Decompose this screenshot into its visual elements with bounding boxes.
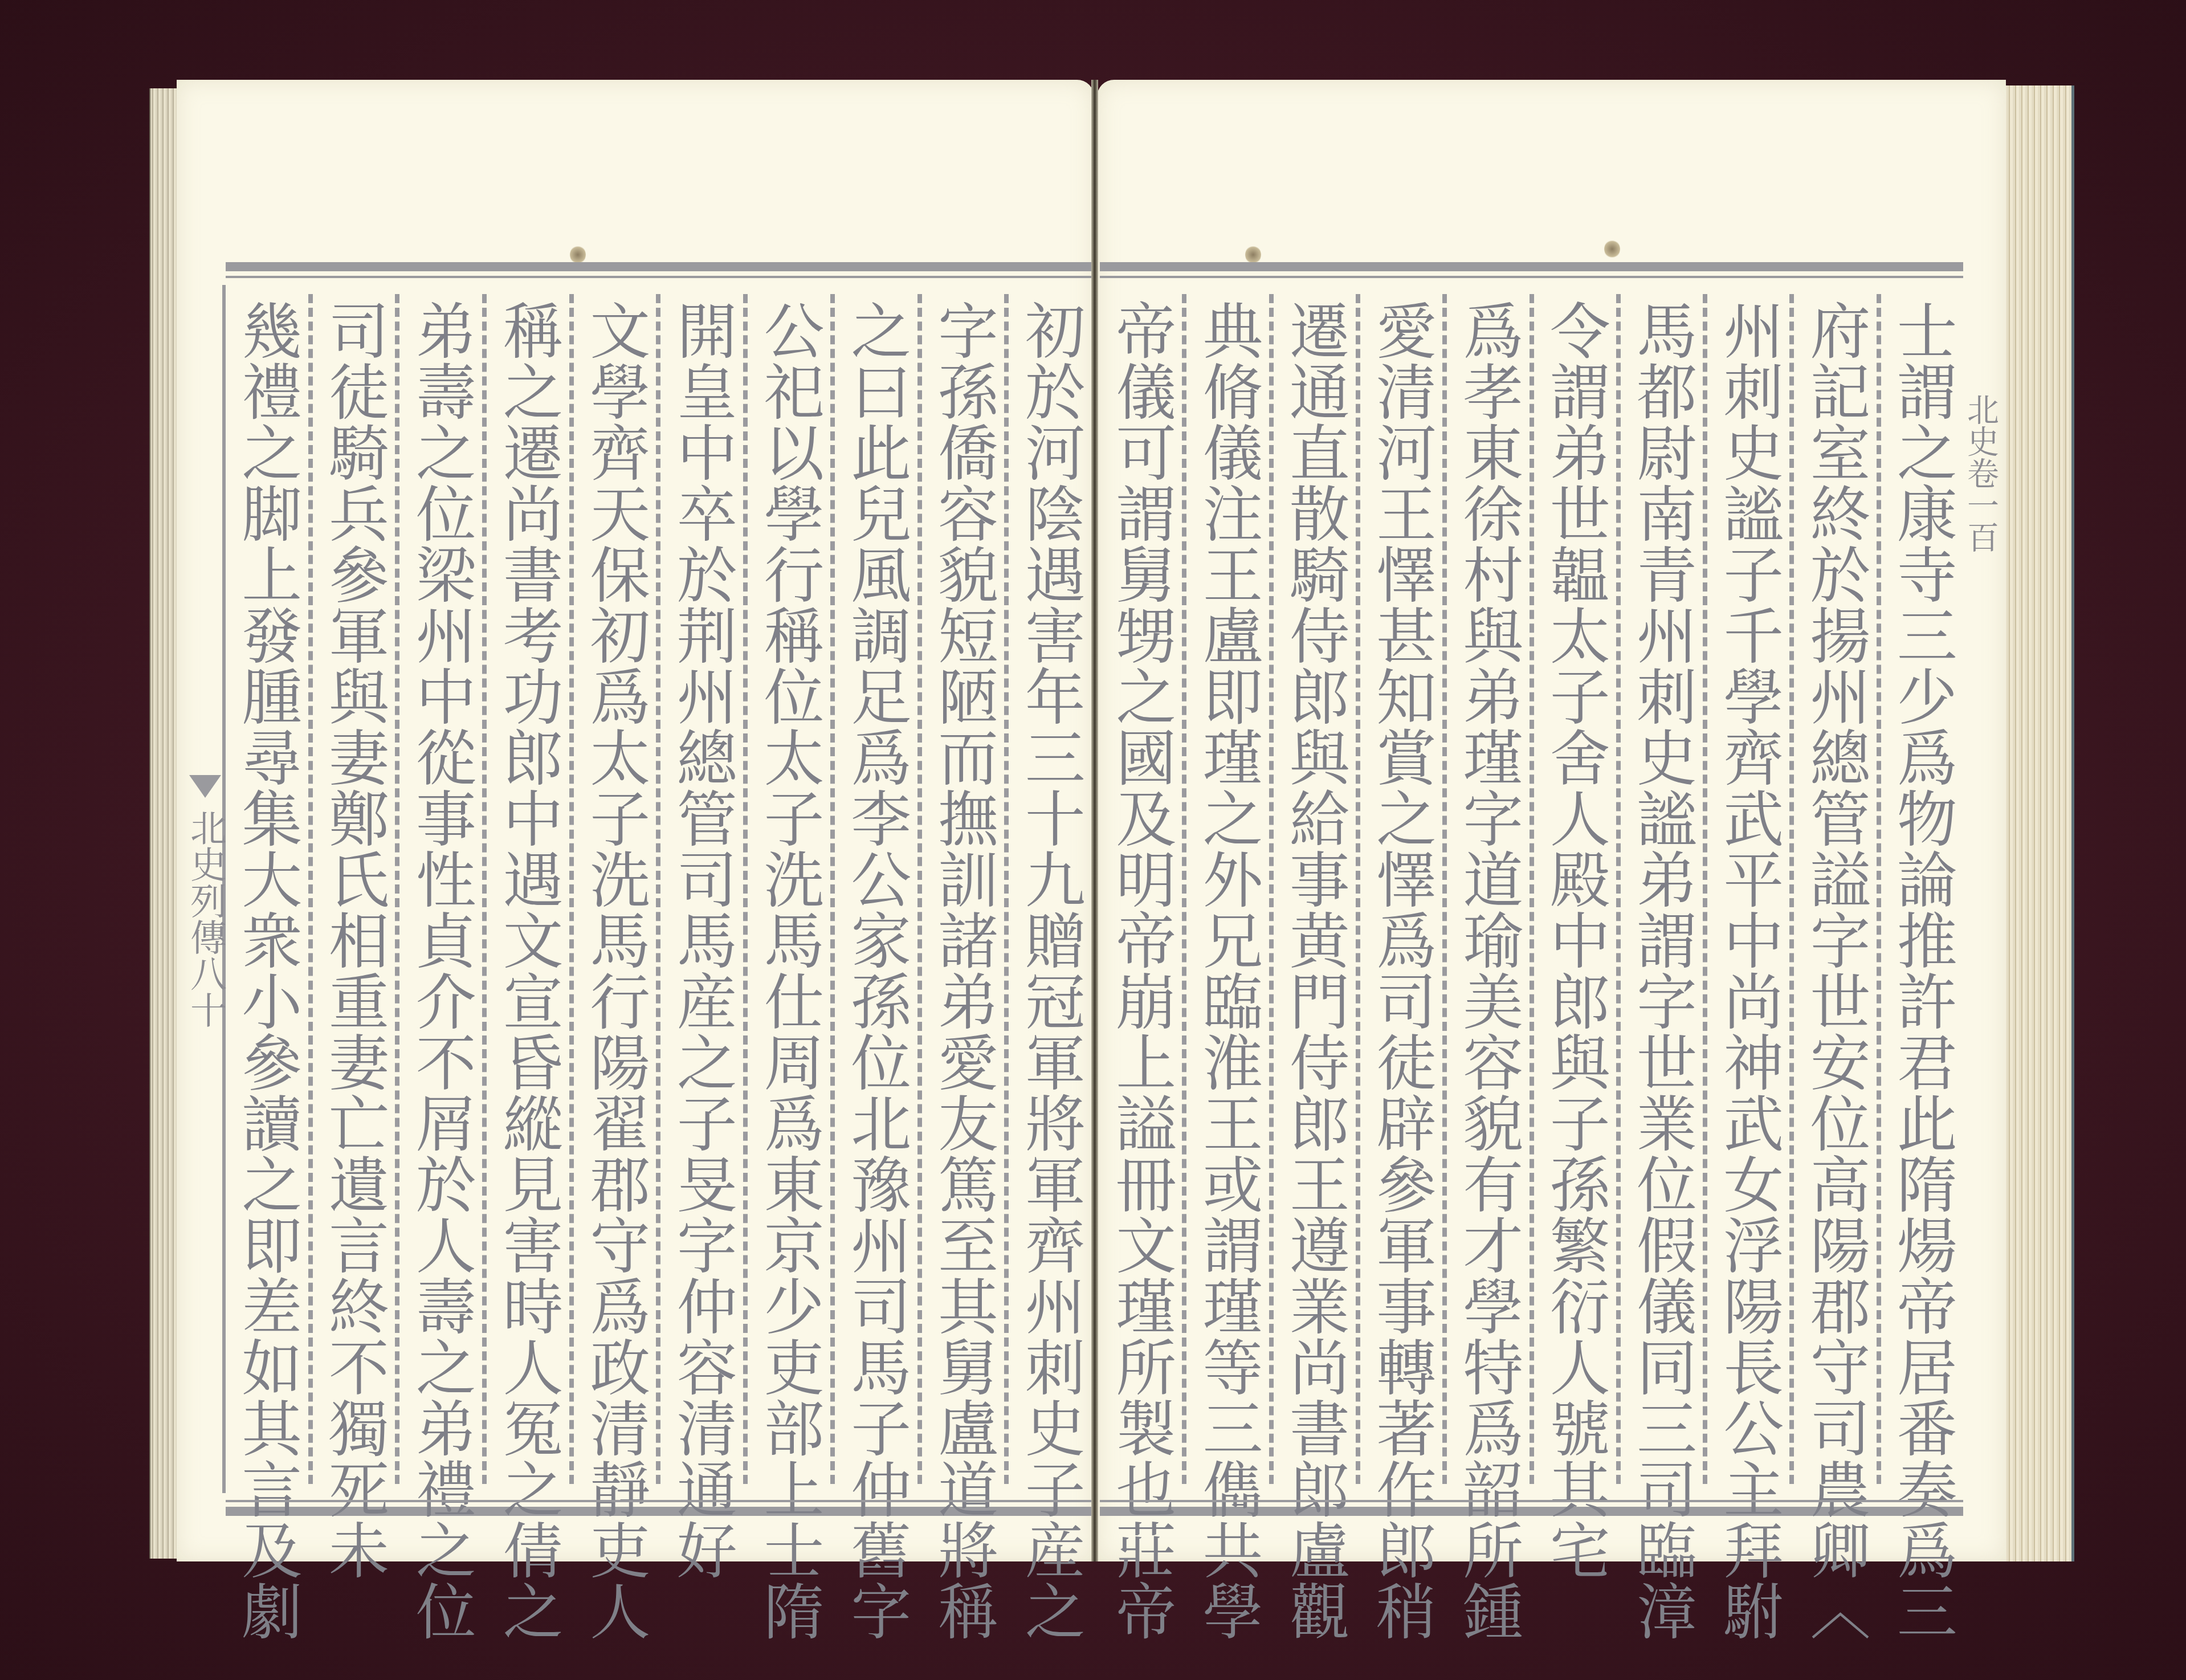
column-text: 令謂弟世韞太子舍人殿中郎與子孫繁衍人號其宅: [1545, 294, 1605, 1484]
column-text: 愛清河王懌甚知賞之懌爲司徒辟參軍事轉著作郎稍: [1371, 294, 1431, 1484]
left-fold-title: 北史列傳八十: [179, 809, 231, 1028]
column-text: 爲孝東徐村與弟瑾字道瑜美容貌有才學特爲韶所鍾: [1458, 294, 1518, 1484]
column-text: 府記室終於揚州總管謚字世安位高陽郡守司農卿〈: [1805, 294, 1866, 1484]
text-column: 文學齊天保初爲太子洗馬行陽翟郡守爲政清靜吏人: [569, 294, 656, 1484]
book-gutter: [1091, 80, 1098, 1561]
column-text: 馬都尉南青州刺史謐弟謂字世業位假儀同三司臨漳: [1632, 294, 1692, 1484]
text-column: 字孫僑容貌短陋而撫訓諸弟愛友篤至其舅盧道將稱: [917, 294, 1005, 1484]
text-column: 爲孝東徐村與弟瑾字道瑜美容貌有才學特爲韶所鍾: [1442, 294, 1529, 1484]
column-text: 司徒騎兵參軍與妻鄭氏相重妻亡遺言終不獨死未: [324, 294, 384, 1484]
text-column: 帝儀可謂舅甥之國及明帝崩上謚冊文瑾所製也莊帝: [1100, 294, 1182, 1484]
column-text: 弟壽之位梁州中從事性貞介不屑於人壽之弟禮之位: [411, 294, 471, 1484]
text-column: 之曰此兒風調足爲李公家孫位北豫州司馬子仲舊字: [830, 294, 917, 1484]
text-column: 令謂弟世韞太子舍人殿中郎與子孫繁衍人號其宅: [1530, 294, 1616, 1484]
column-text: 字孫僑容貌短陋而撫訓諸弟愛友篤至其舅盧道將稱: [933, 294, 993, 1484]
right-page-text-frame: 士謂之康寺三少爲物論推許君此隋煬帝居番奏爲三 府記室終於揚州總管謚字世安位高陽郡…: [1100, 262, 1963, 1516]
left-page-fold-heart: 北史列傳八十: [188, 285, 226, 1493]
text-column: 初於河陰遇害年三十九贈冠軍將軍齊州刺史子産之: [1004, 294, 1091, 1484]
column-text: 公祀以學行稱位太子洗馬仕周爲東京少吏部上士隋: [759, 294, 819, 1484]
text-column: 司徒騎兵參軍與妻鄭氏相重妻亡遺言終不獨死未: [308, 294, 395, 1484]
column-text: 典脩儀注王盧即瑾之外兄臨淮王或謂瑾等三儁共學: [1197, 294, 1258, 1484]
text-column: 公祀以學行稱位太子洗馬仕周爲東京少吏部上士隋: [743, 294, 830, 1484]
left-page-text-frame: 初於河陰遇害年三十九贈冠軍將軍齊州刺史子産之 字孫僑容貌短陋而撫訓諸弟愛友篤至其…: [226, 262, 1091, 1516]
right-fold-title: 北史卷一百: [1957, 393, 2003, 1516]
text-column: 幾禮之脚上發腫尋集大衆小參讀之即差如其言及劇: [226, 294, 308, 1484]
column-text: 幾禮之脚上發腫尋集大衆小參讀之即差如其言及劇: [236, 294, 297, 1484]
column-text: 文學齊天保初爲太子洗馬行陽翟郡守爲政清靜吏人: [585, 294, 645, 1484]
right-page-fold-edge: 北史卷一百: [1963, 262, 1997, 1516]
column-text: 州刺史謐子千學齊武平中尚神武女浮陽長公主拜駙: [1718, 294, 1779, 1484]
wormhole-mark: [1604, 239, 1620, 259]
text-column: 稱之遷尚書考功郎中遇文宣昏縱見害時人冤之倩之: [482, 294, 569, 1484]
right-page-columns: 士謂之康寺三少爲物論推許君此隋煬帝居番奏爲三 府記室終於揚州總管謚字世安位高陽郡…: [1100, 294, 1963, 1484]
column-text: 初於河陰遇害年三十九贈冠軍將軍齊州刺史子産之: [1020, 294, 1080, 1484]
text-column: 弟壽之位梁州中從事性貞介不屑於人壽之弟禮之位: [395, 294, 482, 1484]
text-column: 府記室終於揚州總管謚字世安位高陽郡守司農卿〈: [1789, 294, 1876, 1484]
column-text: 遷通直散騎侍郎與給事黄門侍郎王遵業尚書郎盧觀: [1284, 294, 1345, 1484]
column-text: 士謂之康寺三少爲物論推許君此隋煬帝居番奏爲三: [1892, 294, 1952, 1484]
wormhole-mark: [570, 245, 586, 264]
left-page-columns: 初於河陰遇害年三十九贈冠軍將軍齊州刺史子産之 字孫僑容貌短陋而撫訓諸弟愛友篤至其…: [226, 294, 1091, 1484]
column-text: 帝儀可謂舅甥之國及明帝崩上謚冊文瑾所製也莊帝: [1111, 294, 1171, 1484]
text-column: 開皇中卒於荆州總管司馬産之子旻字仲容清通好: [656, 294, 743, 1484]
wormhole-mark: [1245, 245, 1261, 264]
text-column: 馬都尉南青州刺史謐弟謂字世業位假儀同三司臨漳: [1616, 294, 1703, 1484]
text-column: 士謂之康寺三少爲物論推許君此隋煬帝居番奏爲三: [1877, 294, 1963, 1484]
text-column: 州刺史謐子千學齊武平中尚神武女浮陽長公主拜駙: [1703, 294, 1789, 1484]
column-text: 稱之遷尚書考功郎中遇文宣昏縱見害時人冤之倩之: [497, 294, 558, 1484]
fish-tail-mark-icon: [189, 775, 221, 798]
column-text: 開皇中卒於荆州總管司馬産之子旻字仲容清通好: [672, 294, 732, 1484]
text-column: 愛清河王懌甚知賞之懌爲司徒辟參軍事轉著作郎稍: [1356, 294, 1442, 1484]
column-text: 之曰此兒風調足爲李公家孫位北豫州司馬子仲舊字: [846, 294, 906, 1484]
text-column: 遷通直散騎侍郎與給事黄門侍郎王遵業尚書郎盧觀: [1269, 294, 1356, 1484]
text-column: 典脩儀注王盧即瑾之外兄臨淮王或謂瑾等三儁共學: [1182, 294, 1269, 1484]
right-page-stack-edge: [2000, 85, 2074, 1561]
